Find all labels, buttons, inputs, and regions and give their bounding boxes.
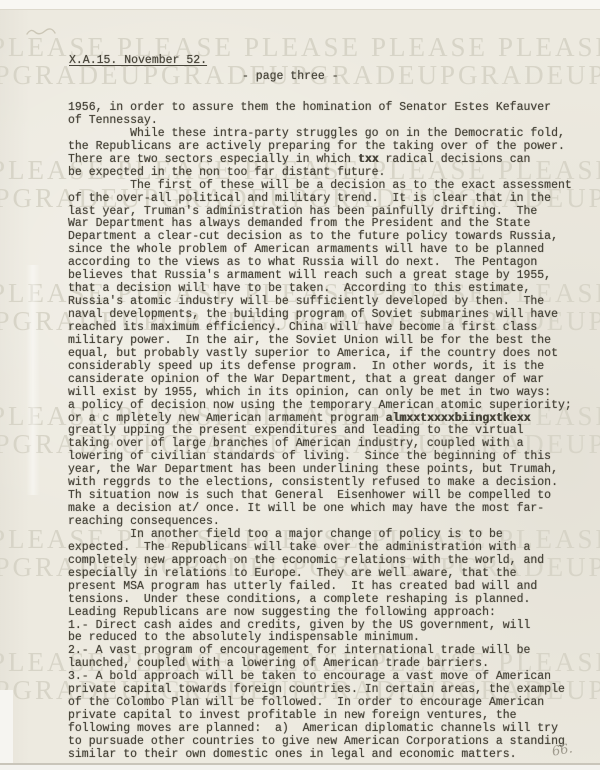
text-line: expected. The Republicans will take over… xyxy=(68,542,598,555)
text-line: equal, but probably vastly superior to A… xyxy=(68,348,598,361)
document-content: X.A.15. November 52. - page three - 1956… xyxy=(0,0,600,770)
document-body: 1956, in order to assure them the homina… xyxy=(68,102,598,762)
text-line: especially in relations to Europe. They … xyxy=(68,568,598,581)
text-line: the Republicans are actively preparing f… xyxy=(68,141,598,154)
text-line: The first of these will be a decision as… xyxy=(68,180,598,193)
text-line: 1956, in order to assure them the homina… xyxy=(68,102,598,115)
text-line: There are two sectors especially in whic… xyxy=(68,154,598,167)
text-line: naval developments, the building program… xyxy=(68,309,598,322)
text-line: military power. In the air, the Soviet U… xyxy=(68,335,598,348)
text-line: In another field too a major change of p… xyxy=(68,529,598,542)
text-line: reaching consequences. xyxy=(68,516,598,529)
text-line: tensions. Under these conditions, a comp… xyxy=(68,594,598,607)
text-line: of the over-all political and military t… xyxy=(68,193,598,206)
text-line: to pursuade other countries to give new … xyxy=(68,736,598,749)
text-line: will exist by 1955, which in its opinion… xyxy=(68,387,598,400)
scan-edge-artifact xyxy=(0,690,13,765)
text-line: following moves are planned: a) American… xyxy=(68,723,598,736)
scan-edge-top xyxy=(0,0,600,10)
text-line: cansiderate opinion of the War Departmen… xyxy=(68,374,598,387)
text-line: similar to their own domestic ones in le… xyxy=(68,749,598,762)
text-line: be expected in the non too far distant f… xyxy=(68,167,598,180)
text-line: considerably speed up its defense progra… xyxy=(68,361,598,374)
overstruck-text: almxxtxxxxbiingxtkexx xyxy=(385,412,530,425)
text-line: of Tennessay. xyxy=(68,115,598,128)
text-line: completely new approach on the economic … xyxy=(68,555,598,568)
page-number-label: - page three - xyxy=(242,70,339,83)
pencil-mark xyxy=(24,24,58,38)
document-reference: X.A.15. November 52. xyxy=(69,54,207,67)
text-line: While these intra-party struggles go on … xyxy=(68,128,598,141)
scan-edge-bottom xyxy=(0,763,600,770)
text-line: Leading Republicans are now suggesting t… xyxy=(68,607,598,620)
overstruck-text: txx xyxy=(358,153,379,166)
text-line: reached its maximum efficiency. China wi… xyxy=(68,322,598,335)
scanned-document-page: PLEASEPLEASEPLEASEPLEASEPLEASEUPGRADEUPG… xyxy=(0,0,600,770)
text-line: present MSA program has utterly failed. … xyxy=(68,581,598,594)
